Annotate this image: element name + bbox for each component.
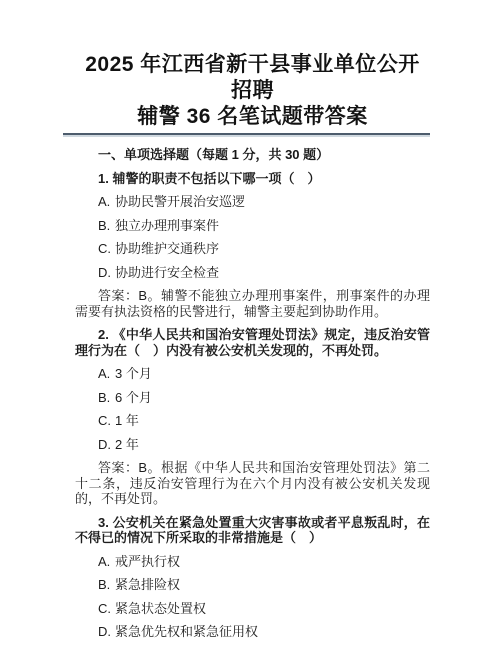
title-line-2: 辅警 36 名笔试题带答案 — [75, 104, 430, 130]
option-label: A. — [98, 194, 115, 210]
option-label: C. — [98, 241, 115, 257]
option-text: 协助进行安全检查 — [115, 265, 219, 280]
question-3-stem: 3. 公安机关在紧急处置重大灾害事故或者平息叛乱时，在不得已的情况下所采取的非常… — [75, 515, 430, 546]
question-1-option-c: C.协助维护交通秩序 — [75, 241, 430, 257]
question-1-answer: 答案：B。辅警不能独立办理刑事案件，刑事案件的办理需要有执法资格的民警进行，辅警… — [75, 288, 430, 319]
question-2-option-c: C.1 年 — [75, 413, 430, 429]
question-3-option-c: C.紧急状态处置权 — [75, 601, 430, 617]
section-heading: 一、单项选择题（每题 1 分，共 30 题） — [75, 147, 430, 163]
document-body: 2025 年江西省新干县事业单位公开招聘 辅警 36 名笔试题带答案 一、单项选… — [0, 0, 500, 640]
document-page: 2025 年江西省新干县事业单位公开招聘 辅警 36 名笔试题带答案 一、单项选… — [0, 0, 500, 647]
option-label: D. — [98, 265, 115, 281]
option-text: 2 年 — [115, 437, 139, 452]
option-label: C. — [98, 413, 115, 429]
question-3-option-a: A.戒严执行权 — [75, 554, 430, 570]
option-text: 协助民警开展治安巡逻 — [115, 194, 245, 209]
question-2-option-d: D.2 年 — [75, 437, 430, 453]
question-2-answer: 答案：B。根据《中华人民共和国治安管理处罚法》第二十二条，违反治安管理行为在六个… — [75, 460, 430, 507]
question-2-option-a: A.3 个月 — [75, 366, 430, 382]
option-text: 紧急状态处置权 — [115, 601, 206, 616]
question-3-option-d: D.紧急优先权和紧急征用权 — [75, 624, 430, 640]
option-text: 协助维护交通秩序 — [115, 241, 219, 256]
option-label: B. — [98, 390, 115, 406]
option-text: 3 个月 — [115, 366, 152, 381]
option-text: 独立办理刑事案件 — [115, 218, 219, 233]
question-1-option-b: B.独立办理刑事案件 — [75, 218, 430, 234]
question-2-stem: 2. 《中华人民共和国治安管理处罚法》规定，违反治安管理行为在（ ）内没有被公安… — [75, 327, 430, 358]
option-text: 戒严执行权 — [115, 554, 180, 569]
question-1-option-a: A.协助民警开展治安巡逻 — [75, 194, 430, 210]
option-label: D. — [98, 624, 115, 640]
option-label: A. — [98, 366, 115, 382]
question-1-option-d: D.协助进行安全检查 — [75, 265, 430, 281]
option-text: 1 年 — [115, 413, 139, 428]
question-3-option-b: B.紧急排险权 — [75, 577, 430, 593]
option-text: 紧急优先权和紧急征用权 — [115, 624, 258, 639]
option-label: B. — [98, 577, 115, 593]
question-1-stem: 1. 辅警的职责不包括以下哪一项（ ） — [75, 171, 430, 187]
question-2-option-b: B.6 个月 — [75, 390, 430, 406]
option-label: C. — [98, 601, 115, 617]
option-label: B. — [98, 218, 115, 234]
document-title: 2025 年江西省新干县事业单位公开招聘 辅警 36 名笔试题带答案 — [75, 52, 430, 130]
title-divider — [63, 133, 430, 135]
title-line-1: 2025 年江西省新干县事业单位公开招聘 — [75, 52, 430, 104]
option-label: D. — [98, 437, 115, 453]
option-text: 6 个月 — [115, 390, 152, 405]
option-text: 紧急排险权 — [115, 577, 180, 592]
option-label: A. — [98, 554, 115, 570]
